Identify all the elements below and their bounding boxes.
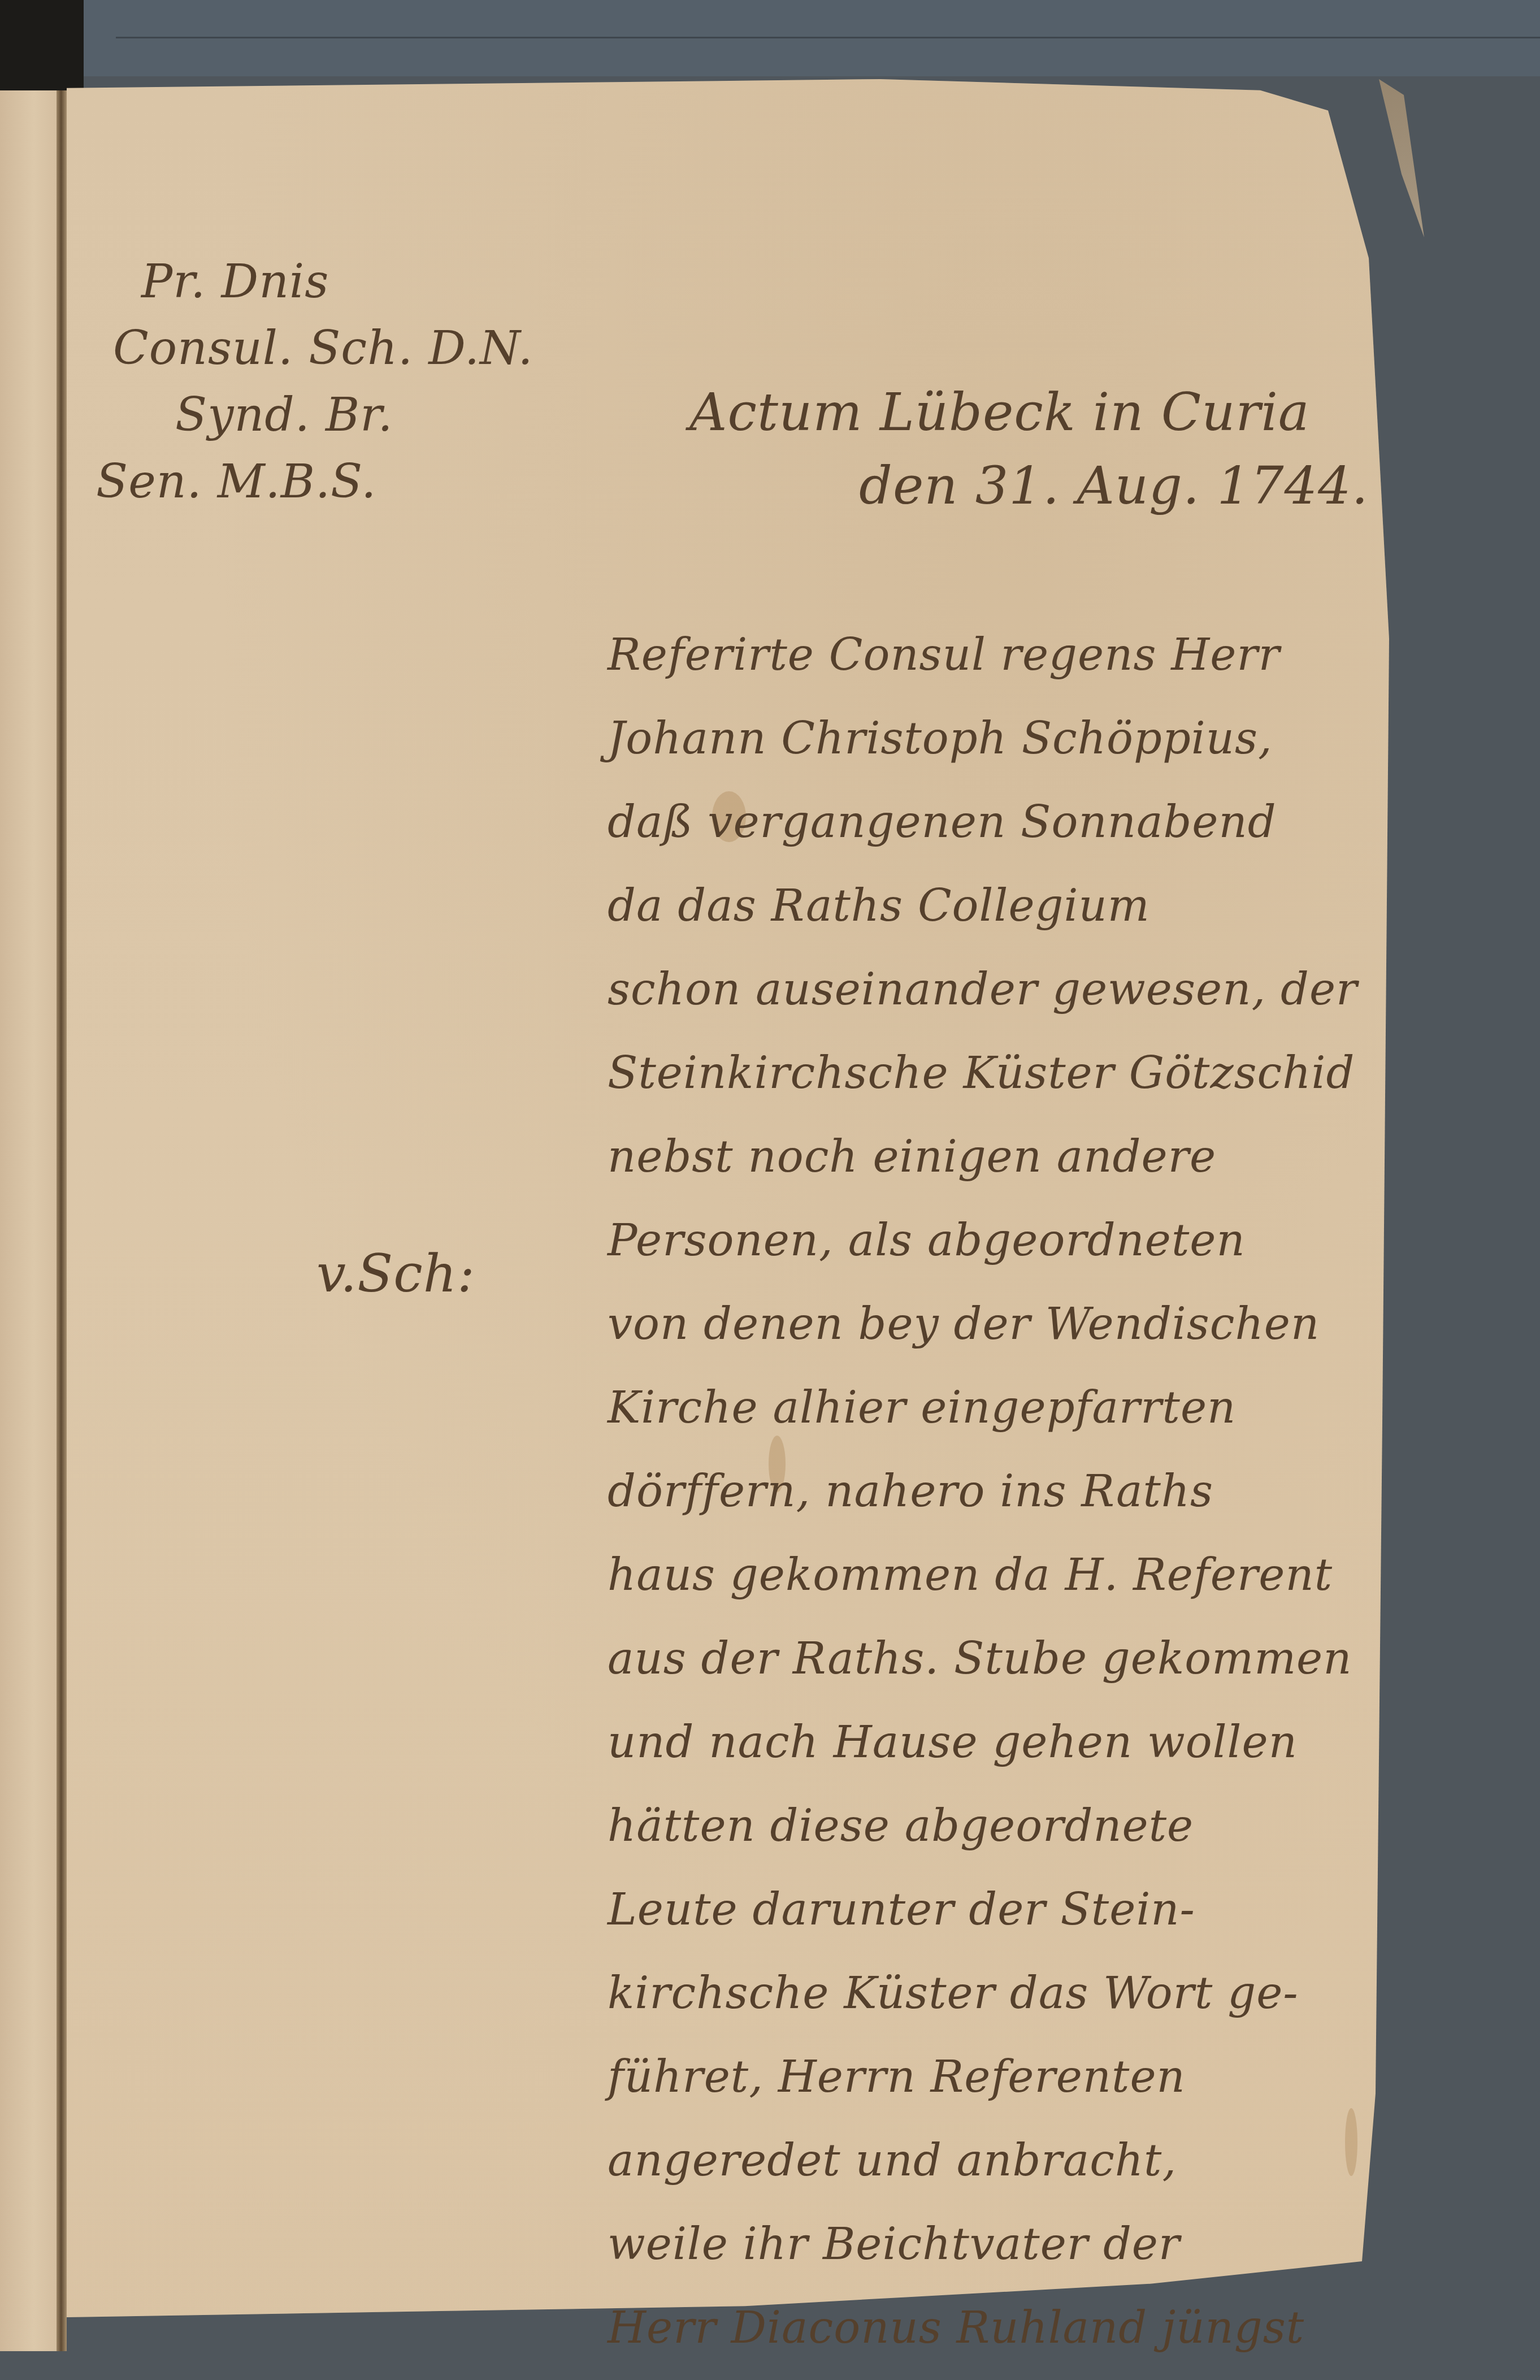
- body-line: und nach Hause gehen wollen: [608, 1701, 1500, 1784]
- body-line: angeredet und anbracht,: [608, 2119, 1500, 2203]
- body-line: Johann Christoph Schöppius,: [608, 697, 1500, 781]
- body-line: dörffern, nahero ins Raths: [608, 1450, 1500, 1533]
- body-line: nebst noch einigen andere: [608, 1115, 1500, 1199]
- body-line: führet, Herrn Referenten: [608, 2035, 1500, 2119]
- left-leaf-edge: [0, 90, 57, 2351]
- background-mat-band: [82, 0, 1540, 76]
- body-text: Referirte Consul regens Herr Johann Chri…: [608, 613, 1500, 2370]
- body-line: Personen, als abgeordneten: [608, 1199, 1500, 1282]
- body-line: Steinkirchsche Küster Götzschid: [608, 1031, 1500, 1115]
- margin-note-line: Synd. Br.: [175, 382, 596, 449]
- side-mark: v.Sch:: [316, 1243, 475, 1304]
- document-heading: Actum Lübeck in Curia den 31. Aug. 1744.: [689, 376, 1369, 523]
- heading-place: Actum Lübeck in Curia: [689, 376, 1369, 449]
- body-line: hätten diese abgeordnete: [608, 1784, 1500, 1868]
- body-line: aus der Raths. Stube gekommen: [608, 1617, 1500, 1701]
- body-line: haus gekommen da H. Referent: [608, 1533, 1500, 1617]
- body-line: von denen bey der Wendischen: [608, 1282, 1500, 1366]
- body-line: weile ihr Beichtvater der: [608, 2203, 1500, 2286]
- body-line: Kirche alhier eingepfarrten: [608, 1366, 1500, 1450]
- body-line: schon auseinander gewesen, der: [608, 948, 1500, 1031]
- body-line: Referirte Consul regens Herr: [608, 613, 1500, 697]
- binding-cover-corner: [0, 0, 84, 93]
- margin-note-attendees: Pr. Dnis Consul. Sch. D.N. Synd. Br. Sen…: [96, 249, 517, 515]
- body-line: kirchsche Küster das Wort ge-: [608, 1952, 1500, 2035]
- heading-date: den 31. Aug. 1744.: [689, 449, 1369, 523]
- margin-note-line: Sen. M.B.S.: [96, 449, 517, 515]
- body-line: Herr Diaconus Ruhland jüngst: [608, 2286, 1500, 2370]
- binding-gutter: [57, 90, 67, 2351]
- body-line: da das Raths Collegium: [608, 864, 1500, 948]
- dog-ear-fold: [1379, 79, 1424, 237]
- body-line: Leute darunter der Stein-: [608, 1868, 1500, 1952]
- body-line: daß vergangenen Sonnabend: [608, 781, 1500, 864]
- margin-note-line: Pr. Dnis: [141, 249, 562, 315]
- margin-note-line: Consul. Sch. D.N.: [113, 315, 533, 382]
